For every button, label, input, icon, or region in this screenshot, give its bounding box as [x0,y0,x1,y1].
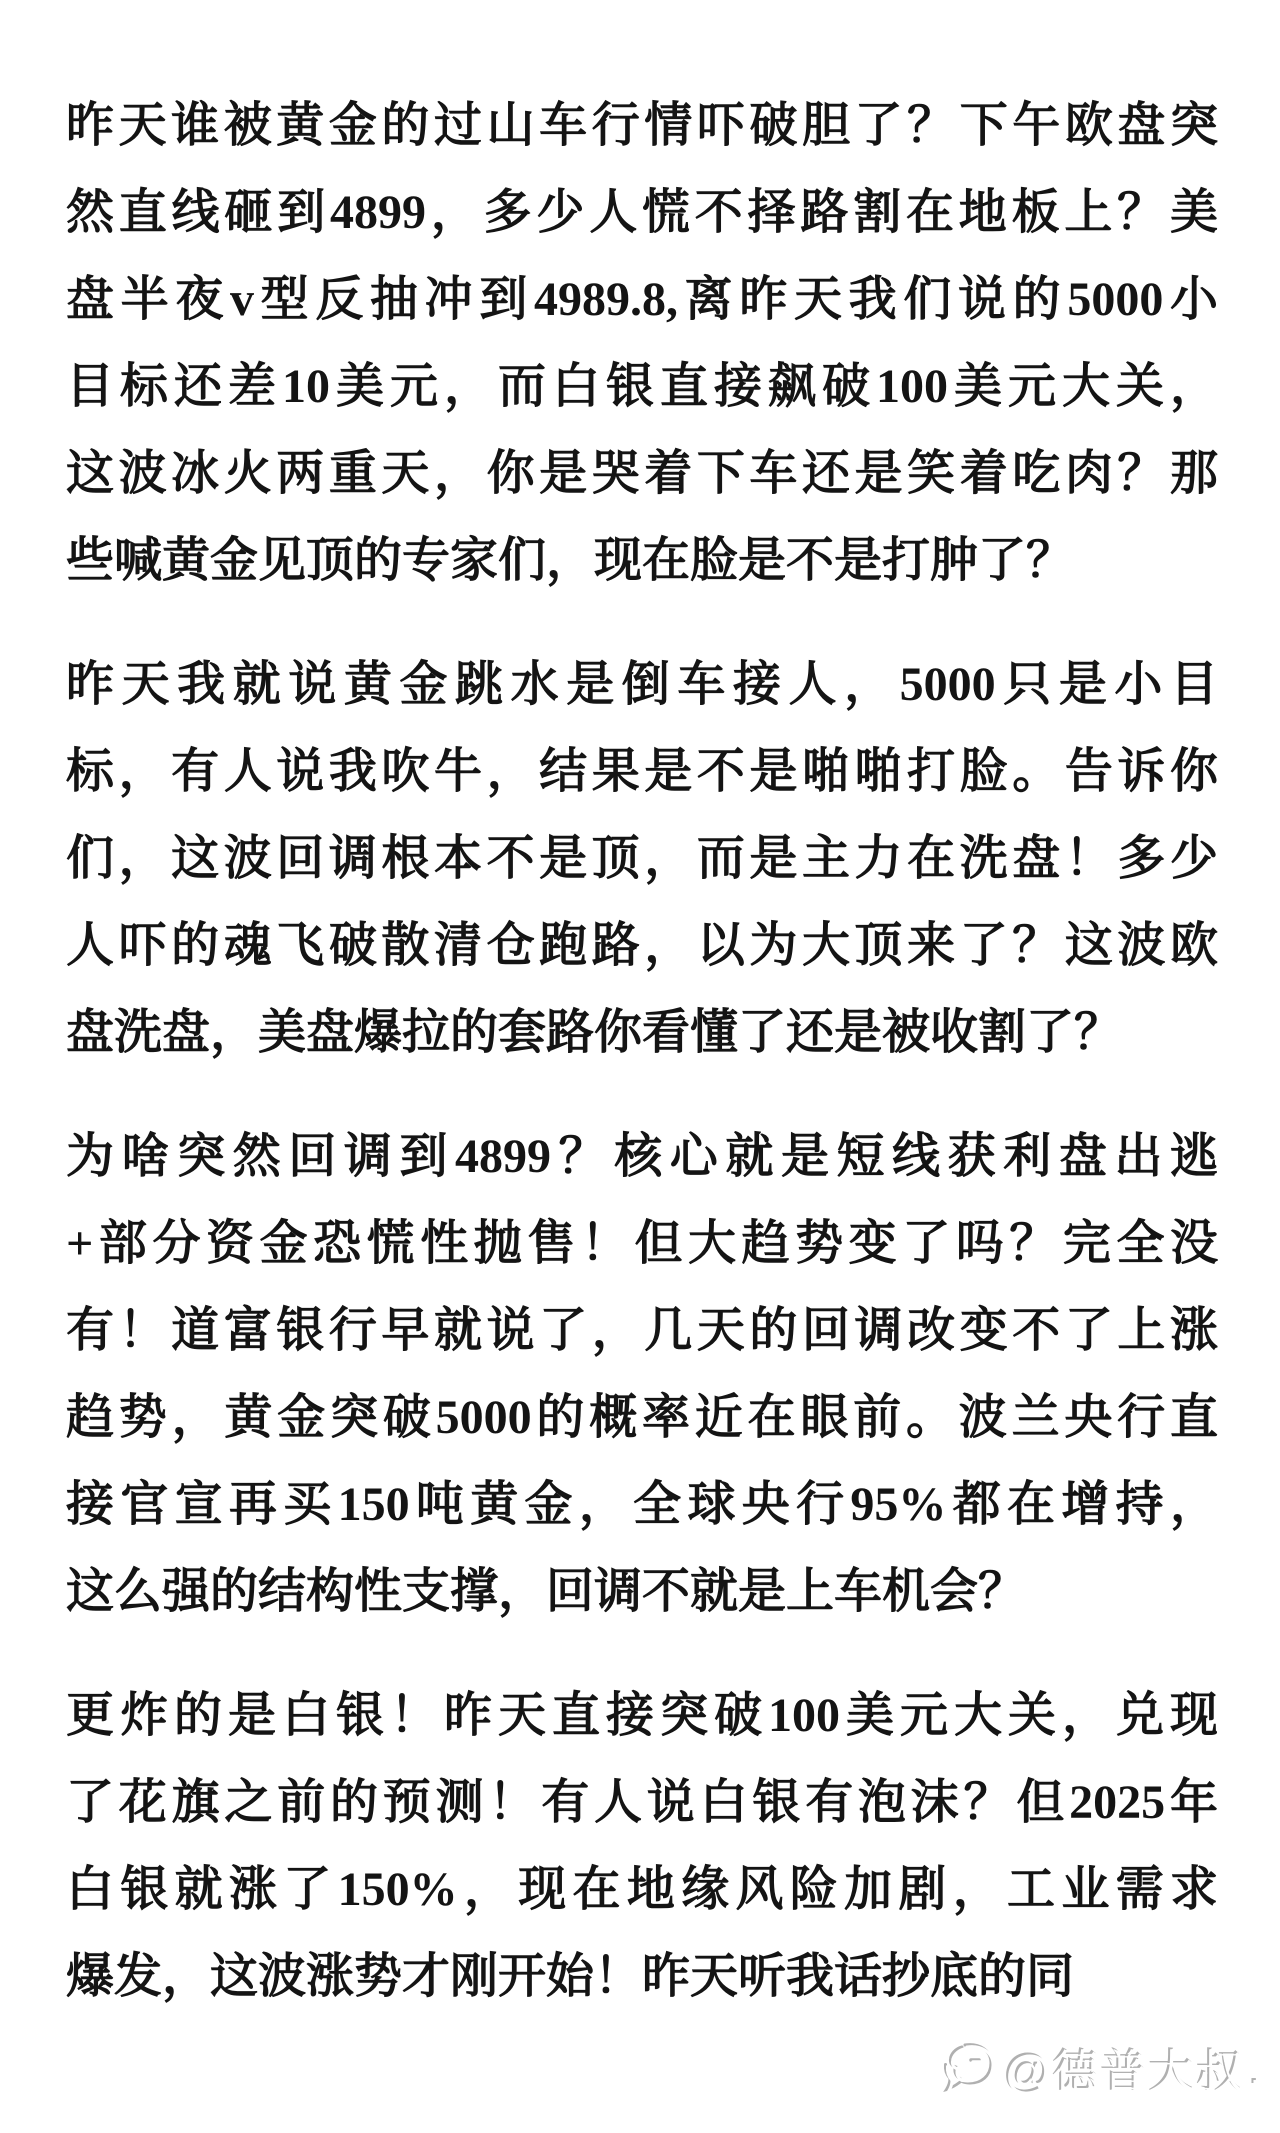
watermark-handle: @德普大叔 [1005,2036,1246,2102]
text-line: 标，有人说我吹牛，结果是不是啪啪打脸。告诉你 [66,728,1218,815]
text-line: 为啥突然回调到4899？核心就是短线获利盘出逃 [66,1113,1218,1200]
text-line: +部分资金恐慌性抛售！但大趋势变了吗？完全没 [66,1200,1218,1287]
text-line: 趋势，黄金突破5000的概率近在眼前。波兰央行直 [66,1374,1218,1461]
watermark-dot: . [1249,2042,1264,2096]
text-line: 们，这波回调根本不是顶，而是主力在洗盘！多少 [66,815,1218,902]
text-line: 些喊黄金见顶的专家们，现在脸是不是打肿了？ [66,517,1218,604]
text-line: 昨天谁被黄金的过山车行情吓破胆了？下午欧盘突 [66,82,1218,169]
watermark: @德普大叔 . [943,2036,1264,2102]
text-line: 盘半夜v型反抽冲到4989.8,离昨天我们说的5000小 [66,256,1218,343]
text-line: 这波冰火两重天，你是哭着下车还是笑着吃肉？那 [66,430,1218,517]
text-line: 白银就涨了150%，现在地缘风险加剧，工业需求 [66,1846,1218,1933]
text-line: 盘洗盘，美盘爆拉的套路你看懂了还是被收割了？ [66,989,1218,1076]
text-line: 爆发，这波涨势才刚开始！昨天听我话抄底的同 [66,1933,1218,2020]
text-line: 有！道富银行早就说了，几天的回调改变不了上涨 [66,1287,1218,1374]
text-line: 接官宣再买150吨黄金，全球央行95%都在增持， [66,1461,1218,1548]
text-line: 目标还差10美元，而白银直接飙破100美元大关， [66,343,1218,430]
speech-bubble-logo-icon [943,2042,997,2096]
article-body: 昨天谁被黄金的过山车行情吓破胆了？下午欧盘突然直线砸到4899，多少人慌不择路割… [66,82,1218,2057]
text-line: 人吓的魂飞破散清仓跑路，以为大顶来了？这波欧 [66,902,1218,989]
text-line: 这么强的结构性支撑，回调不就是上车机会？ [66,1548,1218,1635]
text-line: 昨天我就说黄金跳水是倒车接人，5000只是小目 [66,641,1218,728]
paragraph: 为啥突然回调到4899？核心就是短线获利盘出逃+部分资金恐慌性抛售！但大趋势变了… [66,1113,1218,1635]
paragraph: 更炸的是白银！昨天直接突破100美元大关，兑现了花旗之前的预测！有人说白银有泡沫… [66,1672,1218,2020]
paragraph: 昨天我就说黄金跳水是倒车接人，5000只是小目标，有人说我吹牛，结果是不是啪啪打… [66,641,1218,1076]
text-line: 然直线砸到4899，多少人慌不择路割在地板上？美 [66,169,1218,256]
text-line: 了花旗之前的预测！有人说白银有泡沫？但2025年 [66,1759,1218,1846]
paragraph: 昨天谁被黄金的过山车行情吓破胆了？下午欧盘突然直线砸到4899，多少人慌不择路割… [66,82,1218,604]
text-line: 更炸的是白银！昨天直接突破100美元大关，兑现 [66,1672,1218,1759]
